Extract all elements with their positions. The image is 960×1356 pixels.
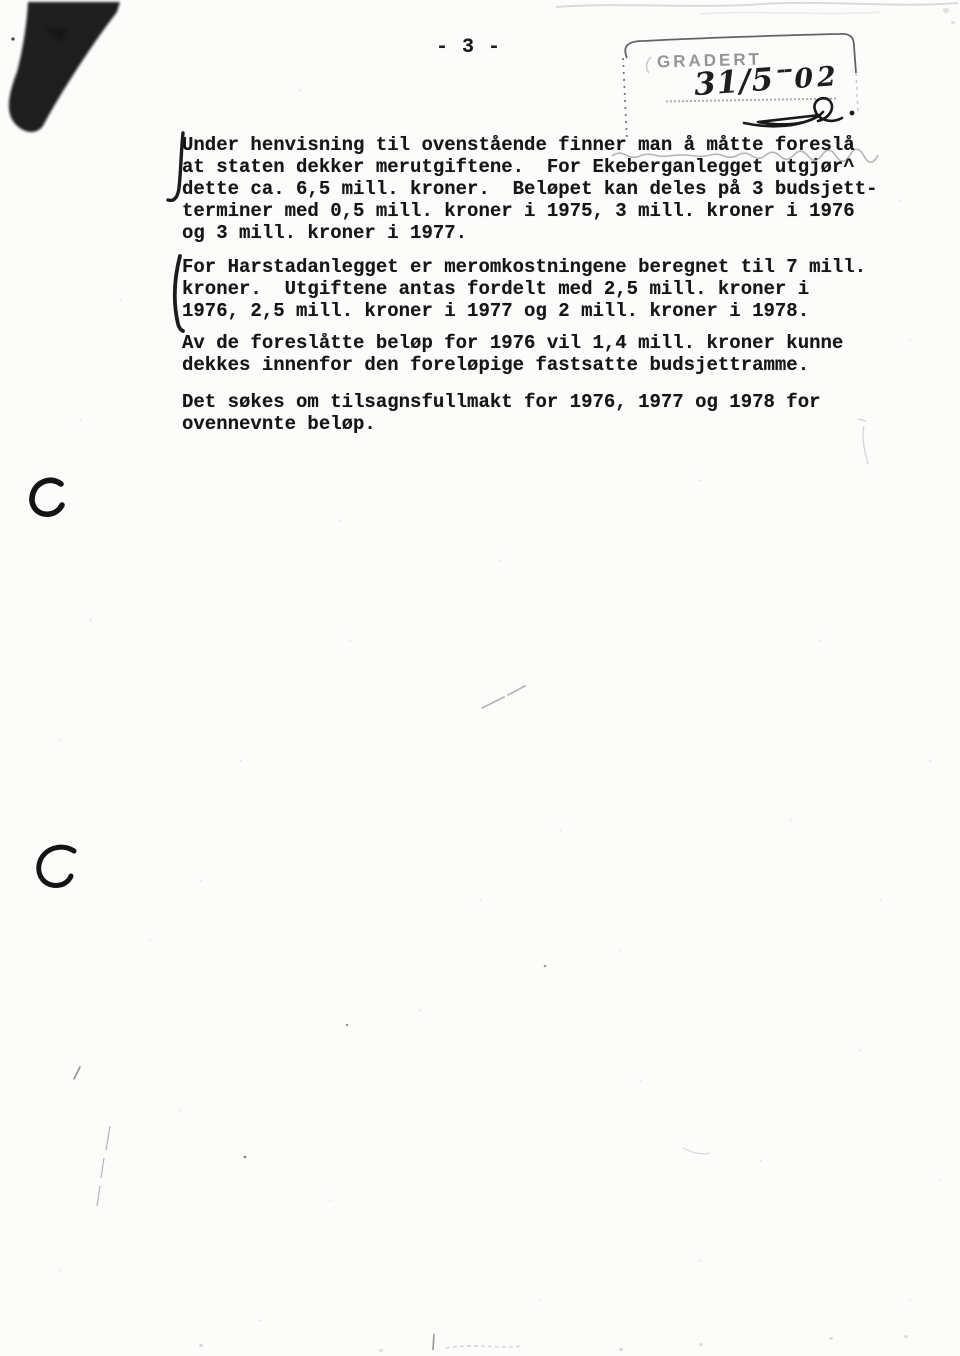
- pencil-line-bottom-left: [97, 1126, 110, 1206]
- corner-shadow-artifact: [9, 2, 120, 132]
- margin-c-mark-2: [39, 847, 74, 885]
- paragraph-2: For Harstadanlegget er meromkostningene …: [182, 256, 866, 322]
- pencil-dash-mid-page: [482, 686, 525, 708]
- speck: [346, 1024, 349, 1027]
- pencil-dash-left: [74, 1067, 80, 1079]
- signature-scribble-2: [814, 98, 842, 121]
- smudge-bottom-center: [446, 1346, 522, 1348]
- text-line: ovennevnte beløp.: [182, 413, 821, 435]
- text-line: Av de foreslåtte beløp for 1976 vil 1,4 …: [182, 332, 843, 354]
- text-line: For Harstadanlegget er meromkostningene …: [182, 256, 866, 278]
- scan-edge-speckles: [0, 0, 2, 1]
- speck: [544, 965, 547, 968]
- ink-dot: [11, 37, 14, 40]
- top-edge-artifact: [556, 3, 958, 7]
- paragraph-4: Det søkes om tilsagnsfullmakt for 1976, …: [182, 391, 821, 435]
- text-line: Under henvisning til ovenstående finner …: [182, 134, 878, 156]
- signature-scribble: [744, 112, 823, 126]
- text-line: dekkes innenfor den foreløpige fastsatte…: [182, 354, 843, 376]
- stamp-remnant-mark: [647, 57, 651, 73]
- stamp-box-left-edge: [623, 58, 627, 140]
- paragraph-1: Under henvisning til ovenstående finner …: [182, 134, 878, 244]
- text-line: og 3 mill. kroner i 1977.: [182, 222, 878, 244]
- scanned-document-page: - 3 - GRADERT 31/5--02 Under henvisning …: [0, 0, 960, 1356]
- handwritten-date-dash: --: [775, 56, 791, 83]
- top-edge-artifact-2: [700, 12, 880, 14]
- text-line: Det søkes om tilsagnsfullmakt for 1976, …: [182, 391, 821, 413]
- text-line: at staten dekker merutgiftene. For Ekebe…: [182, 156, 878, 178]
- text-line: 1976, 2,5 mill. kroner i 1977 og 2 mill.…: [182, 300, 866, 322]
- stamp-box-right-edge: [856, 73, 858, 112]
- page-number: - 3 -: [436, 36, 501, 59]
- margin-c-mark-1: [32, 480, 62, 514]
- text-line: kroner. Utgiftene antas fordelt med 2,5 …: [182, 278, 866, 300]
- text-line: dette ca. 6,5 mill. kroner. Beløpet kan …: [182, 178, 878, 200]
- stamp-dotted-line: [666, 84, 836, 103]
- margin-bracket-line-1: [168, 133, 183, 200]
- text-line: terminer med 0,5 mill. kroner i 1975, 3 …: [182, 200, 878, 222]
- paragraph-3: Av de foreslåtte beløp for 1976 vil 1,4 …: [182, 332, 843, 376]
- speck-curve: [683, 1148, 710, 1154]
- signature-dot: [850, 111, 855, 116]
- corner-shadow-spike: [46, 29, 66, 41]
- pencil-mark-right-margin: [858, 419, 868, 464]
- pencil-mark-bottom-center: [433, 1334, 434, 1350]
- speck: [244, 1156, 247, 1159]
